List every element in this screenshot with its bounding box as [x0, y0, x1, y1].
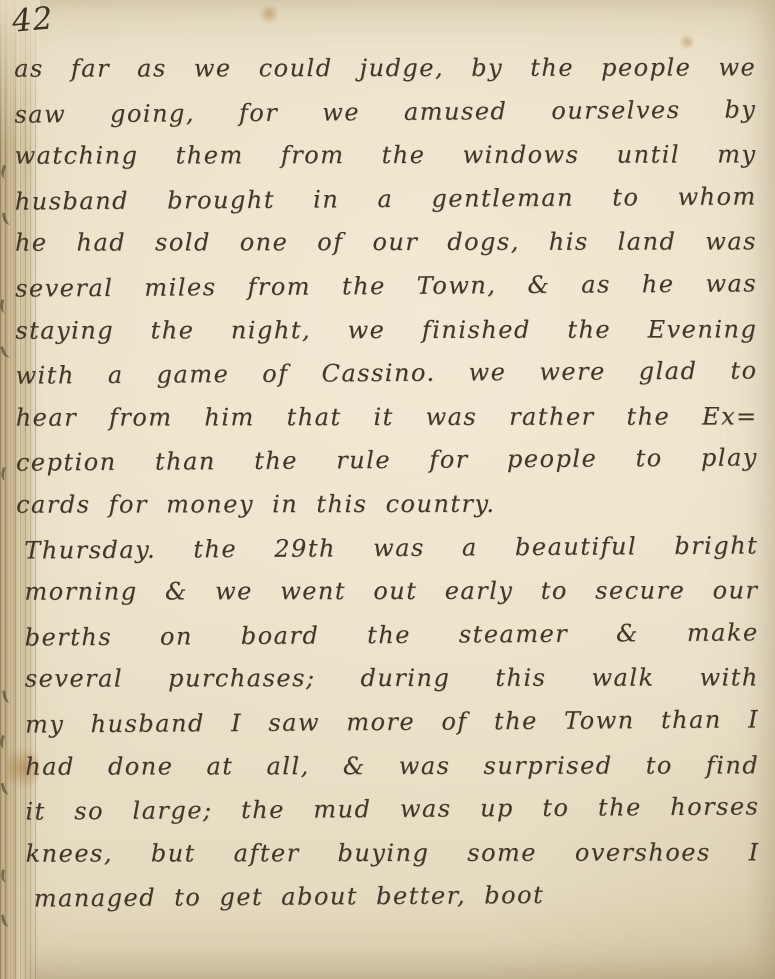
handwritten-line: hear from him that it was rather the Ex= — [16, 395, 758, 440]
handwritten-line: several miles from the Town, & as he was — [15, 262, 757, 311]
handwritten-line: berths on board the steamer & make — [17, 611, 759, 660]
page-number: 42 — [11, 0, 55, 39]
foxing-spot — [258, 4, 280, 24]
handwritten-line: saw going, for we amused ourselves by — [14, 88, 756, 137]
handwritten-line: ception than the rule for people to play — [16, 437, 758, 486]
handwritten-line: husband brought in a gentleman to whom — [15, 175, 757, 224]
handwritten-line: had done at all, & was surprised to find — [17, 744, 759, 789]
handwritten-line: it so large; the mud was up to the horse… — [17, 786, 759, 835]
handwritten-line: he had sold one of our dogs, his land wa… — [15, 221, 757, 266]
handwritten-line: staying the night, we finished the Eveni… — [15, 308, 757, 353]
handwritten-line: cards for money in this country. — [16, 482, 758, 527]
handwritten-line: as far as we could judge, by the people … — [14, 46, 756, 91]
manuscript-page: 42 as far as we could judge, by the peop… — [0, 0, 775, 979]
handwritten-line: watching them from the windows until my — [15, 134, 757, 179]
handwritten-line: my husband I saw more of the Town than I — [17, 698, 759, 747]
handwritten-line: knees, but after buying some overshoes I — [18, 831, 760, 876]
handwritten-line: Thursday. the 29th was a beautiful brigh… — [16, 524, 758, 573]
handwritten-text-block: as far as we could judge, by the people … — [14, 45, 760, 920]
handwritten-line: managed to get about better, boot — [18, 873, 760, 922]
handwritten-line: morning & we went out early to secure ou… — [16, 569, 758, 614]
handwritten-line: with a game of Cassino. we were glad to — [15, 350, 757, 399]
handwritten-line: several purchases; during this walk with — [17, 657, 759, 702]
